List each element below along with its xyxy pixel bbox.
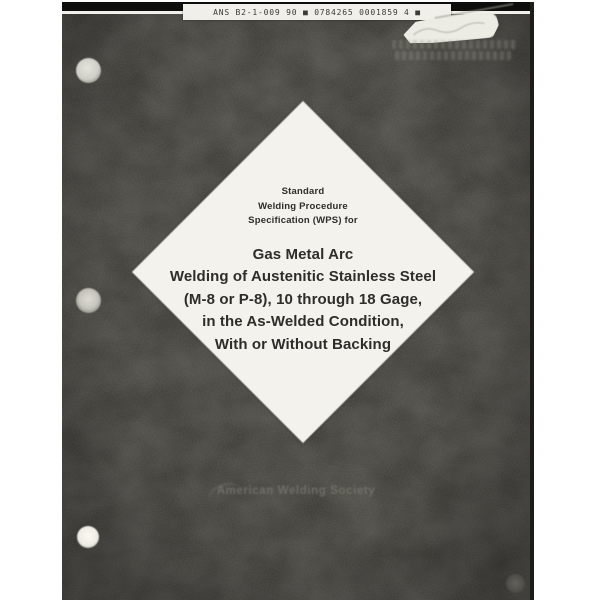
hole-punch-bottom [77, 526, 99, 548]
wps-subject-block: Gas Metal Arc Welding of Austenitic Stai… [128, 244, 478, 357]
wps-title-line: Specification (WPS) for [128, 214, 478, 229]
catalog-code-text: ANS B2-1-009 90 ■ 0784265 0001859 4 ■ [213, 8, 421, 17]
scanned-cover-page: { "scan_header": { "code_line": "ANS B2-… [0, 0, 600, 600]
wps-subject-line: Gas Metal Arc [128, 244, 478, 267]
wps-subject-line: With or Without Backing [128, 334, 478, 357]
wps-title-block: Standard Welding Procedure Specification… [128, 185, 478, 356]
publisher-name: American Welding Society [156, 485, 436, 497]
faint-stamp-text [395, 51, 511, 60]
wps-subject-line: in the As-Welded Condition, [128, 311, 478, 334]
wps-title-line: Welding Procedure [128, 200, 478, 215]
wps-title-line: Standard [128, 185, 478, 200]
faint-stamp-text [392, 40, 516, 49]
hole-punch-top [76, 58, 101, 83]
wps-subject-line: (M-8 or P-8), 10 through 18 Gage, [128, 289, 478, 312]
hole-punch-shadow-bottom-right [506, 574, 525, 593]
hole-punch-middle [76, 288, 101, 313]
wps-subject-line: Welding of Austenitic Stainless Steel [128, 266, 478, 289]
book-cover: ANS B2-1-009 90 ■ 0784265 0001859 4 ■ St… [62, 2, 534, 600]
catalog-code-label: ANS B2-1-009 90 ■ 0784265 0001859 4 ■ [183, 4, 451, 20]
